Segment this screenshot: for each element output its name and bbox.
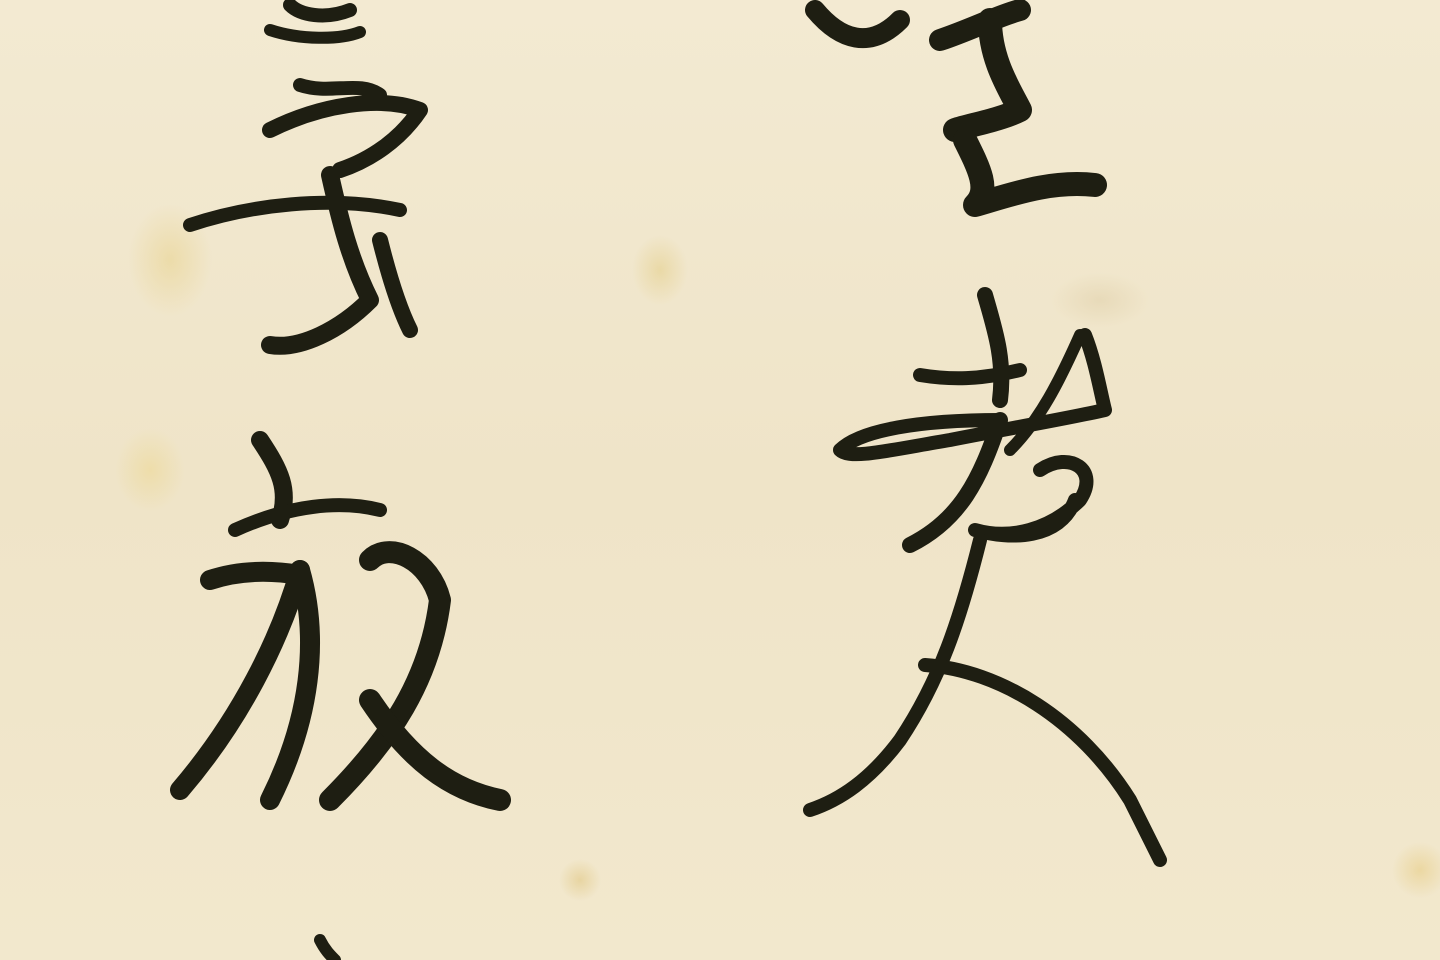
- right-column: 生老人: [800, 0, 1200, 960]
- calligraphy-scroll: 字觀 生老人: [0, 0, 1440, 960]
- left-column: 字觀: [150, 0, 550, 960]
- right-column-ink: [800, 0, 1200, 960]
- left-column-ink: [150, 0, 550, 960]
